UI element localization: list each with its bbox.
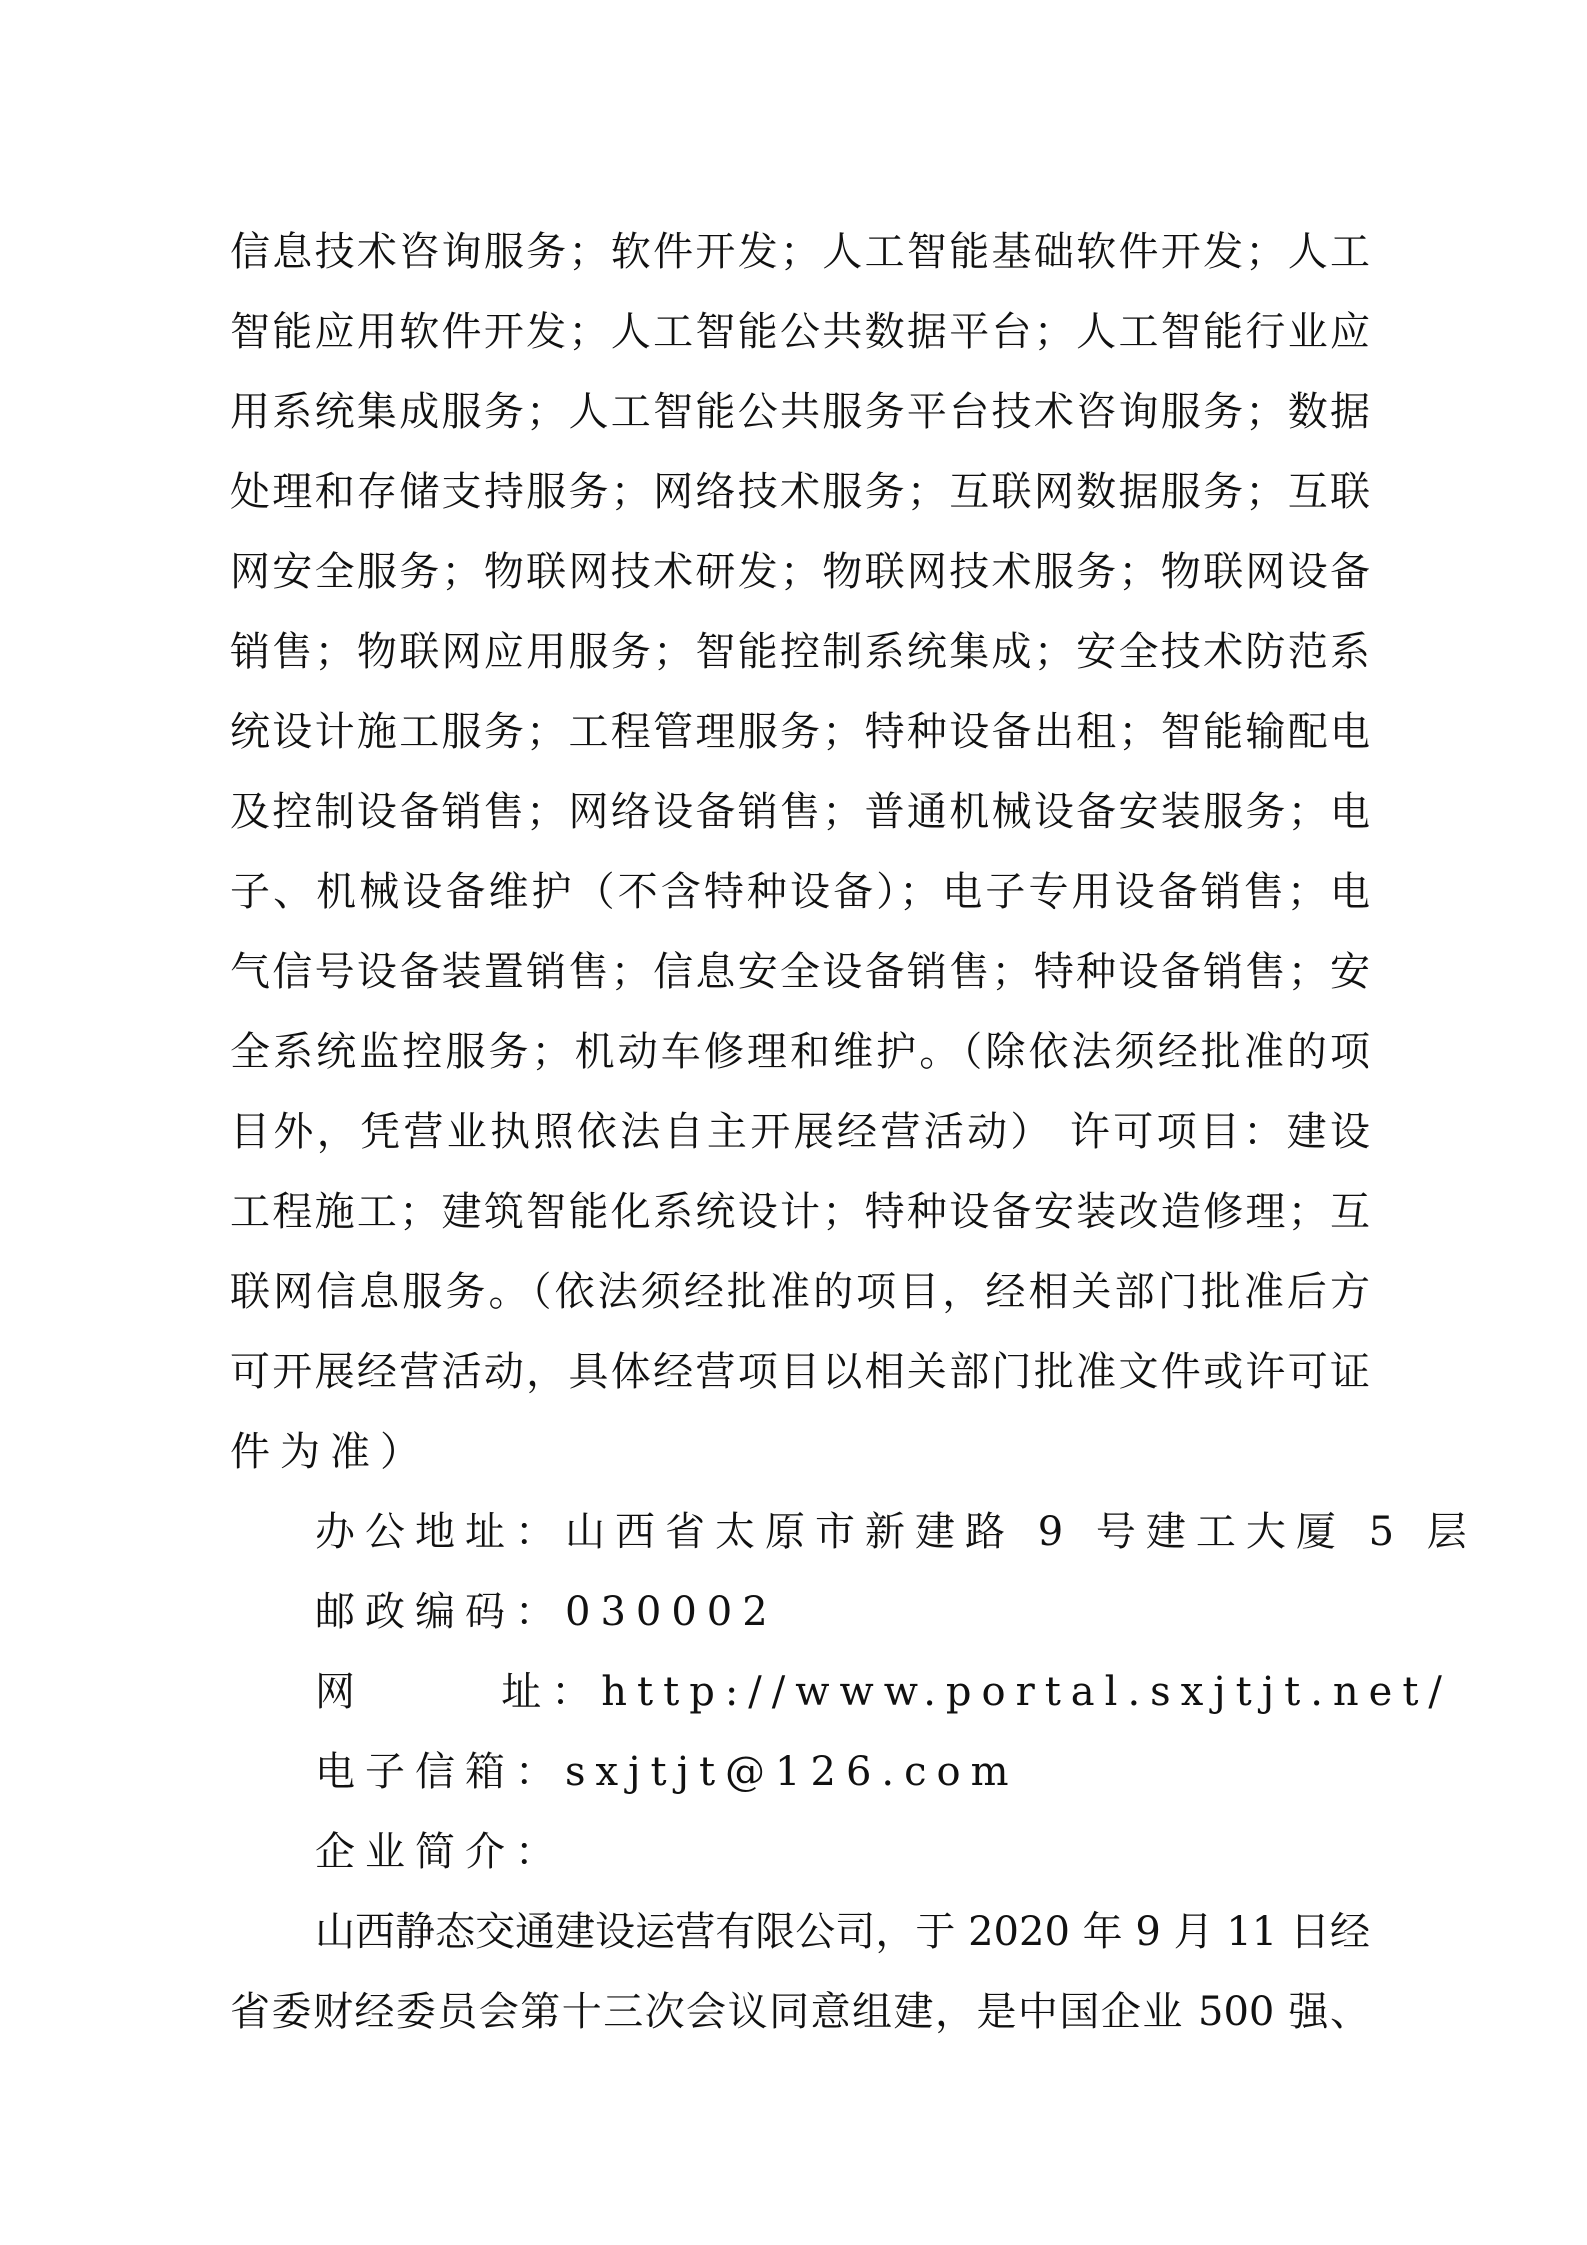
email-link[interactable]: sxjtjt@126.com	[565, 1749, 1019, 1795]
scope-line: 气信号设备装置销售；信息安全设备销售；特种设备销售；安	[230, 932, 1370, 1012]
website-link[interactable]: http://www.portal.sxjtjt.net/	[601, 1669, 1452, 1715]
scope-line: 智能应用软件开发；人工智能公共数据平台；人工智能行业应	[230, 292, 1370, 372]
scope-line: 统设计施工服务；工程管理服务；特种设备出租；智能输配电	[230, 692, 1370, 772]
website-row: 网 址：http://www.portal.sxjtjt.net/	[230, 1652, 1370, 1732]
address-label: 办公地址：	[315, 1509, 565, 1555]
postcode-label: 邮政编码：	[315, 1589, 565, 1635]
document-page: 信息技术咨询服务；软件开发；人工智能基础软件开发；人工 智能应用软件开发；人工智…	[230, 212, 1370, 2052]
scope-line: 可开展经营活动，具体经营项目以相关部门批准文件或许可证	[230, 1332, 1370, 1412]
scope-line: 处理和存储支持服务；网络技术服务；互联网数据服务；互联	[230, 452, 1370, 532]
intro-line: 山西静态交通建设运营有限公司，于 2020 年 9 月 11 日经	[230, 1892, 1370, 1972]
address-value: 山西省太原市新建路 9 号建工大厦 5 层	[565, 1509, 1477, 1555]
intro-heading: 企业简介：	[230, 1812, 1370, 1892]
email-row: 电子信箱：sxjtjt@126.com	[230, 1732, 1370, 1812]
website-label: 网 址：	[315, 1669, 601, 1715]
scope-line: 件为准）	[230, 1412, 1370, 1492]
scope-line: 子、机械设备维护（不含特种设备）；电子专用设备销售；电	[230, 852, 1370, 932]
postcode-row: 邮政编码：030002	[230, 1572, 1370, 1652]
address-row: 办公地址：山西省太原市新建路 9 号建工大厦 5 层	[230, 1492, 1370, 1572]
scope-line: 联网信息服务。（依法须经批准的项目，经相关部门批准后方	[230, 1252, 1370, 1332]
scope-line: 及控制设备销售；网络设备销售；普通机械设备安装服务；电	[230, 772, 1370, 852]
postcode-value: 030002	[565, 1589, 778, 1635]
scope-line: 销售；物联网应用服务；智能控制系统集成；安全技术防范系	[230, 612, 1370, 692]
email-label: 电子信箱：	[315, 1749, 565, 1795]
scope-line: 信息技术咨询服务；软件开发；人工智能基础软件开发；人工	[230, 212, 1370, 292]
scope-line: 全系统监控服务；机动车修理和维护。（除依法须经批准的项	[230, 1012, 1370, 1092]
intro-line: 省委财经委员会第十三次会议同意组建，是中国企业 500 强、	[230, 1972, 1370, 2052]
scope-line: 工程施工；建筑智能化系统设计；特种设备安装改造修理；互	[230, 1172, 1370, 1252]
scope-line: 目外，凭营业执照依法自主开展经营活动） 许可项目：建设	[230, 1092, 1370, 1172]
scope-line: 用系统集成服务；人工智能公共服务平台技术咨询服务；数据	[230, 372, 1370, 452]
scope-line: 网安全服务；物联网技术研发；物联网技术服务；物联网设备	[230, 532, 1370, 612]
